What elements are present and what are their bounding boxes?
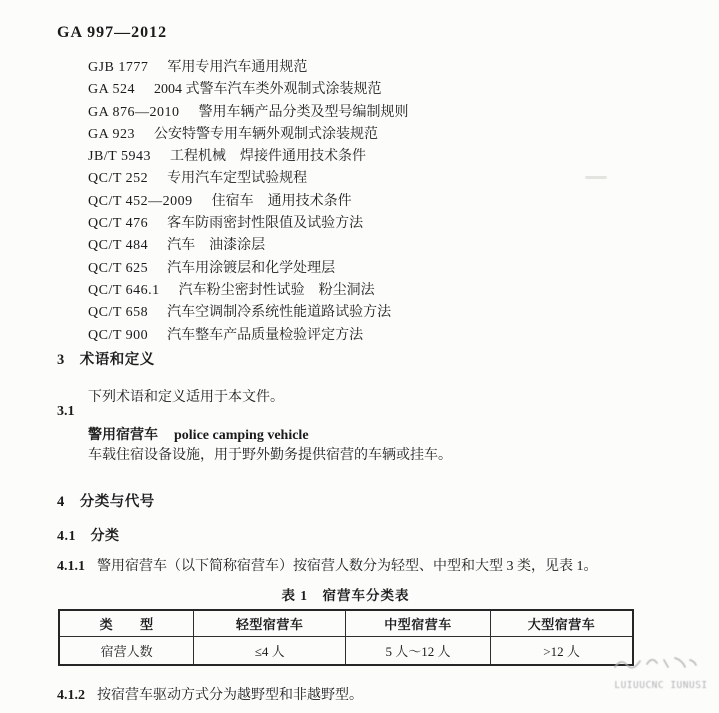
watermark-text: LUIUUCNC IUNUSI bbox=[606, 680, 716, 691]
table-header-cell: 类 型 bbox=[59, 610, 194, 637]
reference-item: QC/T 452—2009 住宿车 通用技术条件 bbox=[88, 190, 408, 212]
reference-item: JB/T 5943 工程机械 焊接件通用技术条件 bbox=[88, 145, 408, 167]
table-data-cell: ≤4 人 bbox=[194, 637, 346, 666]
reference-code: QC/T 452—2009 bbox=[88, 194, 193, 210]
table-header-row: 类 型 轻型宿营车 中型宿营车 大型宿营车 bbox=[59, 610, 633, 637]
standard-code-header: GA 997—2012 bbox=[57, 24, 167, 42]
scan-smudge bbox=[585, 176, 607, 179]
term-definition-text: 车载住宿设备设施，用于野外勤务提供宿营的车辆或挂车。 bbox=[88, 444, 452, 464]
table-data-row: 宿营人数 ≤4 人 5 人～12 人 >12 人 bbox=[59, 637, 633, 666]
clause-4-1-2-text: 按宿营车驱动方式分为越野型和非越野型。 bbox=[97, 684, 363, 704]
table-header-cell: 中型宿营车 bbox=[345, 610, 490, 637]
term-english: police camping vehicle bbox=[174, 428, 309, 443]
reference-code: GA 876—2010 bbox=[88, 105, 179, 121]
reference-item: QC/T 476 客车防雨密封性限值及试验方法 bbox=[88, 212, 408, 234]
reference-item: QC/T 252 专用汽车定型试验规程 bbox=[88, 167, 408, 189]
reference-title: 汽车 油漆涂层 bbox=[167, 234, 265, 254]
reference-title: 专用汽车定型试验规程 bbox=[167, 167, 307, 187]
clause-4-1-heading: 4.1 分类 bbox=[57, 525, 120, 545]
scanned-standard-page: GA 997—2012 GJB 1777 军用专用汽车通用规范 GA 524 2… bbox=[0, 0, 719, 713]
reference-title: 军用专用汽车通用规范 bbox=[167, 56, 307, 76]
reference-title: 汽车整车产品质量检验评定方法 bbox=[167, 324, 363, 344]
section-3-heading: 3 术语和定义 bbox=[57, 348, 155, 369]
term-definition-title: 警用宿营车police camping vehicle bbox=[88, 424, 309, 444]
reference-item: QC/T 900 汽车整车产品质量检验评定方法 bbox=[88, 324, 408, 346]
reference-title: 住宿车 通用技术条件 bbox=[212, 190, 352, 210]
reference-item: QC/T 658 汽车空调制冷系统性能道路试验方法 bbox=[88, 301, 408, 323]
reference-code: GA 923 bbox=[88, 127, 135, 143]
reference-code: JB/T 5943 bbox=[88, 149, 151, 165]
clause-4-1-2: 4.1.2 按宿营车驱动方式分为越野型和非越野型。 bbox=[57, 684, 363, 704]
section-3-intro: 下列术语和定义适用于本文件。 bbox=[88, 386, 284, 406]
reference-title: 公安特警专用车辆外观制式涂装规范 bbox=[154, 123, 378, 143]
reference-item: QC/T 646.1 汽车粉尘密封性试验 粉尘洞法 bbox=[88, 279, 408, 301]
table-header-cell: 大型宿营车 bbox=[491, 610, 633, 637]
table-1: 类 型 轻型宿营车 中型宿营车 大型宿营车 宿营人数 ≤4 人 5 人～12 人… bbox=[58, 609, 634, 666]
reference-item: QC/T 484 汽车 油漆涂层 bbox=[88, 234, 408, 256]
table-data-cell: 5 人～12 人 bbox=[345, 637, 490, 666]
reference-code: QC/T 252 bbox=[88, 171, 148, 187]
watermark: LUIUUCNC IUNUSI bbox=[606, 654, 716, 691]
reference-item: GA 923 公安特警专用车辆外观制式涂装规范 bbox=[88, 123, 408, 145]
watermark-scribble-icon bbox=[609, 654, 713, 674]
reference-code: GJB 1777 bbox=[88, 60, 148, 76]
reference-code: QC/T 900 bbox=[88, 328, 148, 344]
term-chinese: 警用宿营车 bbox=[88, 428, 158, 443]
table-header-cell: 轻型宿营车 bbox=[194, 610, 346, 637]
reference-code: QC/T 625 bbox=[88, 261, 148, 277]
reference-title: 警用车辆产品分类及型号编制规则 bbox=[198, 101, 408, 121]
clause-4-1-1-number: 4.1.1 bbox=[57, 559, 85, 575]
table-data-cell: 宿营人数 bbox=[59, 637, 194, 666]
reference-item: QC/T 625 汽车用涂镀层和化学处理层 bbox=[88, 257, 408, 279]
reference-item: GA 876—2010 警用车辆产品分类及型号编制规则 bbox=[88, 101, 408, 123]
clause-4-1-1-text: 警用宿营车（以下简称宿营车）按宿营人数分为轻型、中型和大型 3 类，见表 1。 bbox=[97, 555, 598, 575]
reference-title: 汽车用涂镀层和化学处理层 bbox=[167, 257, 335, 277]
table-1-caption: 表 1 宿营车分类表 bbox=[58, 584, 633, 604]
reference-code: QC/T 646.1 bbox=[88, 283, 160, 299]
clause-4-1-2-number: 4.1.2 bbox=[57, 688, 85, 704]
reference-code: QC/T 658 bbox=[88, 305, 148, 321]
reference-title: 客车防雨密封性限值及试验方法 bbox=[167, 212, 363, 232]
clause-3-1-number: 3.1 bbox=[57, 404, 75, 420]
reference-code: QC/T 484 bbox=[88, 238, 148, 254]
reference-title: 2004 式警车汽车类外观制式涂装规范 bbox=[154, 78, 382, 98]
reference-code: QC/T 476 bbox=[88, 216, 148, 232]
reference-code: GA 524 bbox=[88, 82, 135, 98]
section-4-heading: 4 分类与代号 bbox=[57, 490, 155, 511]
clause-4-1-1: 4.1.1 警用宿营车（以下简称宿营车）按宿营人数分为轻型、中型和大型 3 类，… bbox=[57, 555, 598, 575]
reference-item: GA 524 2004 式警车汽车类外观制式涂装规范 bbox=[88, 78, 408, 100]
normative-references-list: GJB 1777 军用专用汽车通用规范 GA 524 2004 式警车汽车类外观… bbox=[88, 56, 408, 346]
reference-title: 汽车空调制冷系统性能道路试验方法 bbox=[167, 301, 391, 321]
reference-title: 工程机械 焊接件通用技术条件 bbox=[170, 145, 366, 165]
reference-title: 汽车粉尘密封性试验 粉尘洞法 bbox=[179, 279, 375, 299]
reference-item: GJB 1777 军用专用汽车通用规范 bbox=[88, 56, 408, 78]
